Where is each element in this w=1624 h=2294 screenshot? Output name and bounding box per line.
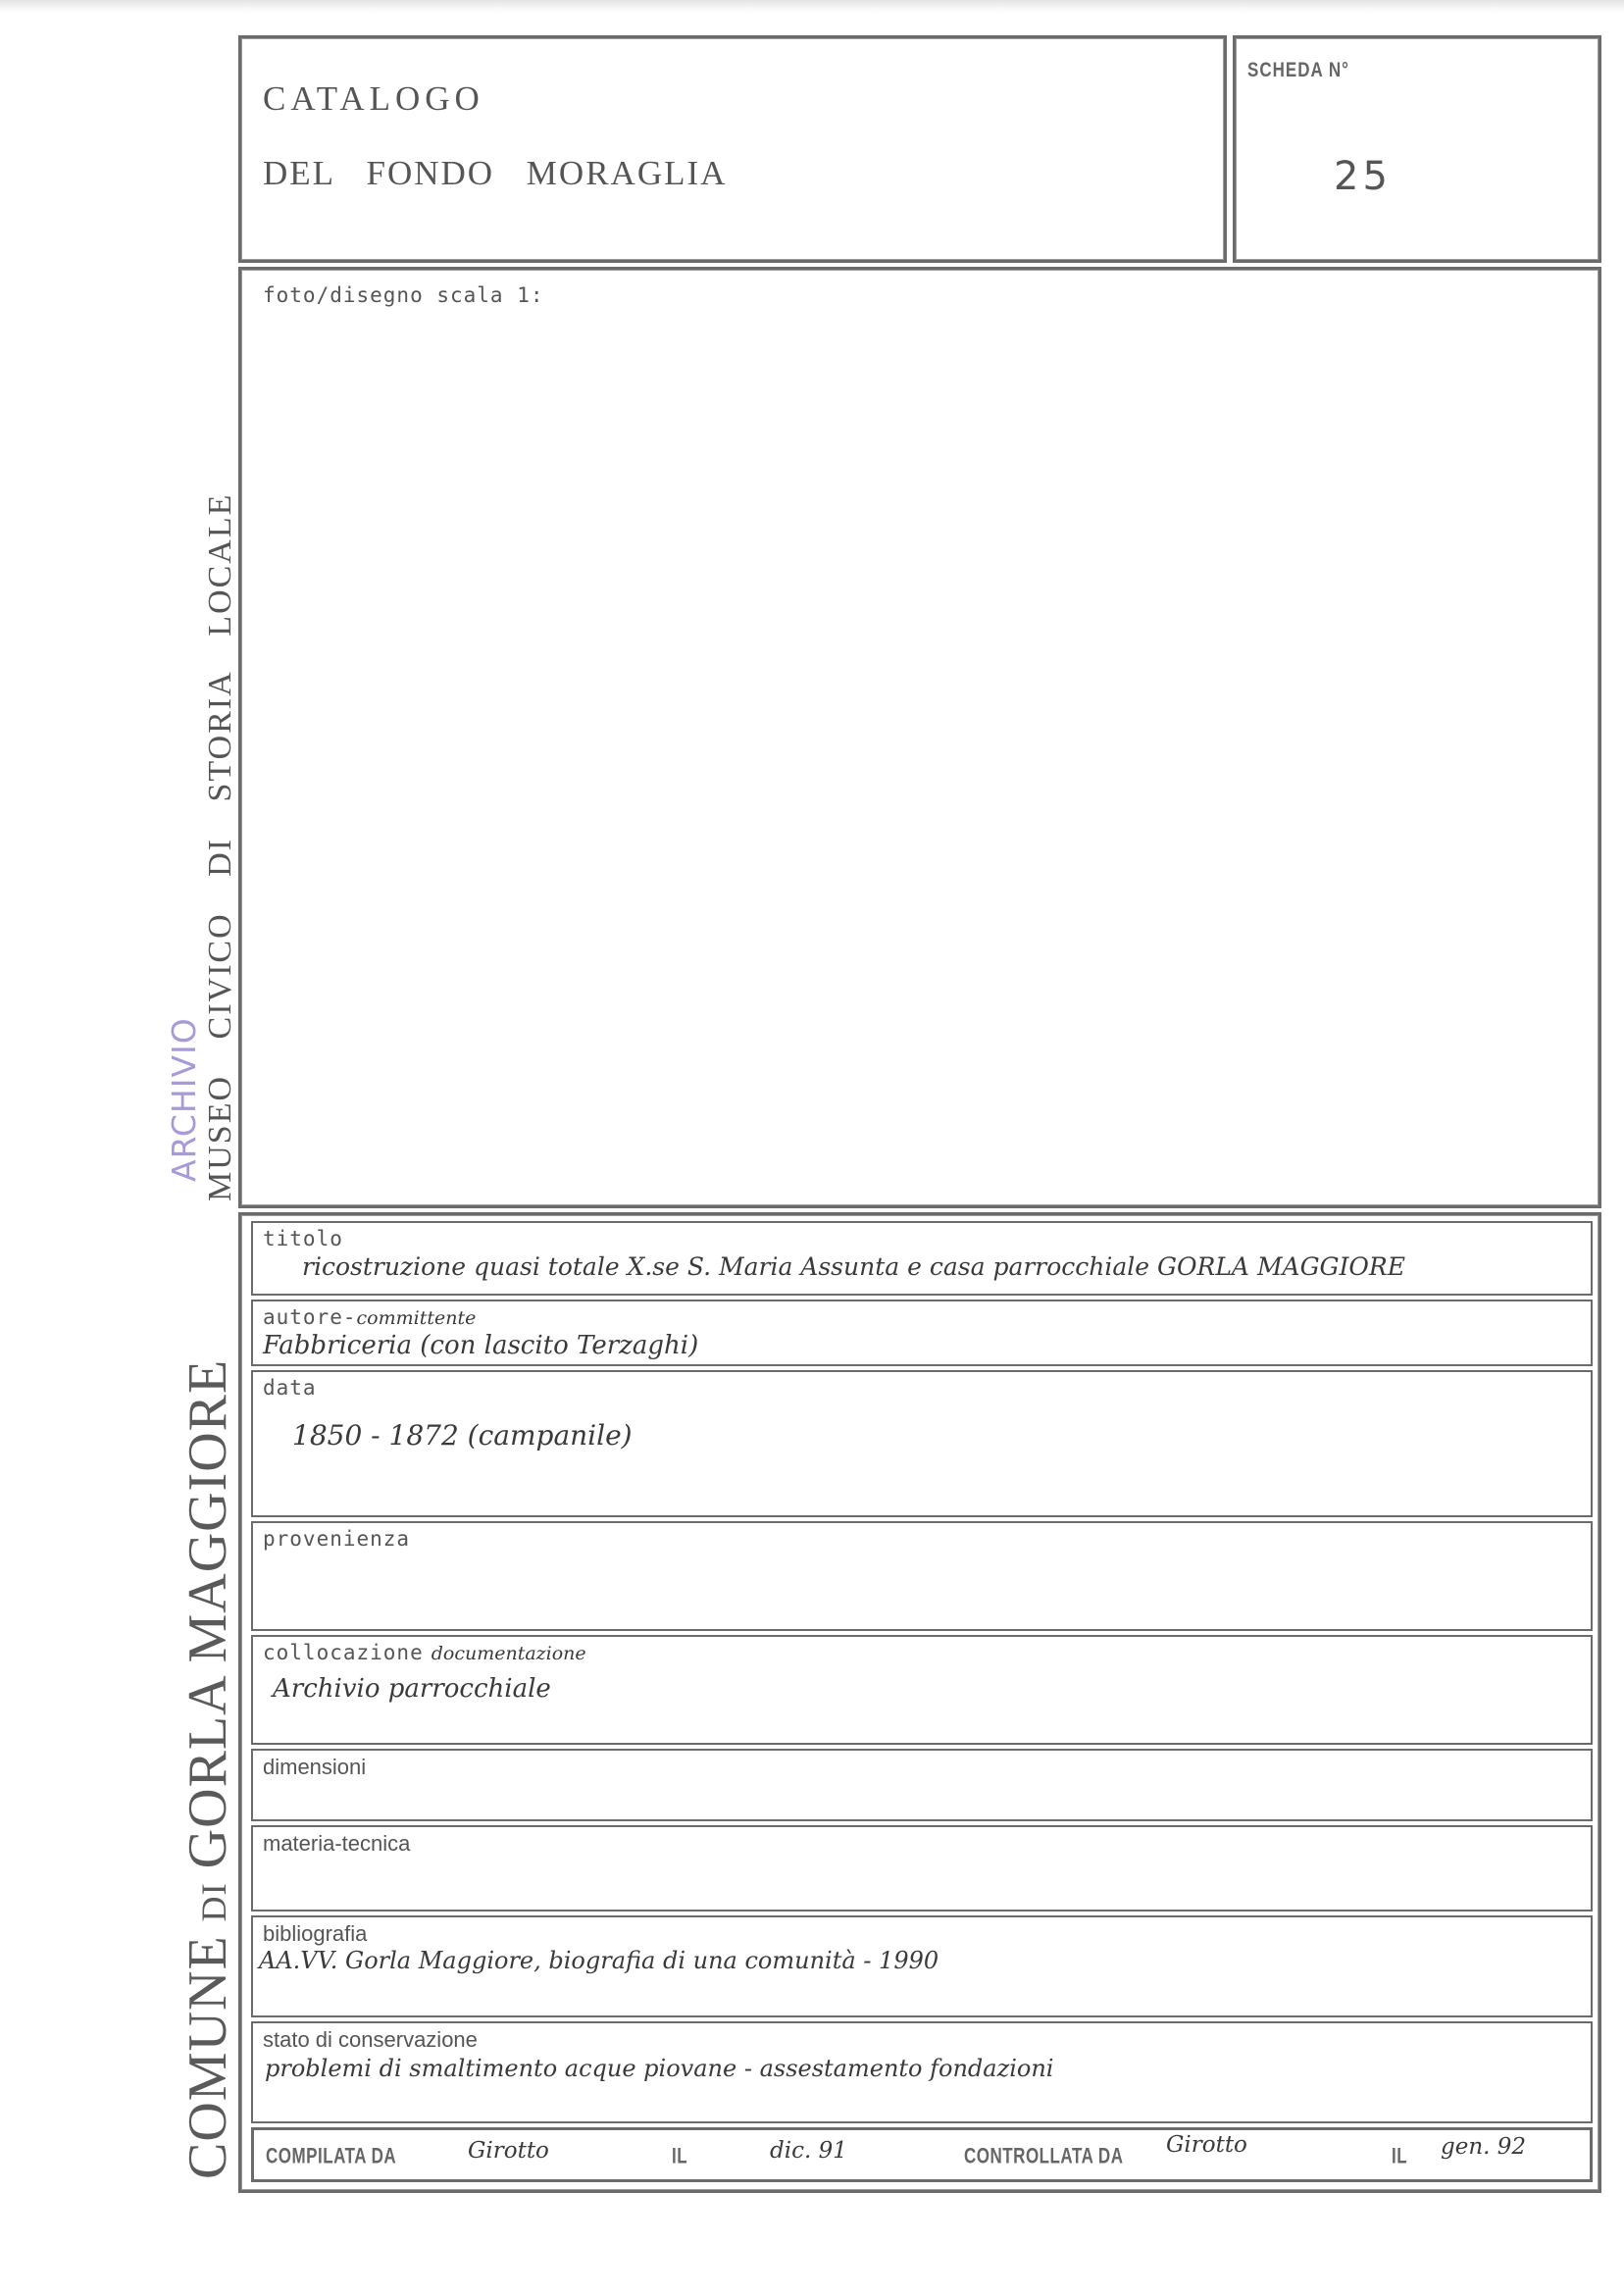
catalog-title: CATALOGO: [263, 79, 484, 119]
comune-word: COMUNE: [178, 1935, 238, 2179]
catalog-subtitle: DEL FONDO MORAGLIA: [263, 154, 727, 193]
scheda-box: SCHEDA N° 25: [1233, 35, 1601, 263]
compilata-date[interactable]: dic. 91: [770, 2138, 847, 2164]
label-text: collocazione: [263, 1641, 424, 1664]
field-label: titolo: [263, 1227, 343, 1250]
compilata-by[interactable]: Girotto: [468, 2138, 549, 2164]
compilata-date-label: IL: [672, 2144, 687, 2169]
archivio-stamp: ARCHIVIO: [165, 1017, 203, 1182]
scan-edge: [0, 0, 1624, 14]
field-label: materia-tecnica: [263, 1831, 410, 1857]
controllata-date[interactable]: gen. 92: [1441, 2134, 1526, 2160]
field-value: ricostruzione quasi totale X.se S. Maria…: [302, 1252, 1405, 1281]
label-text: autore-: [263, 1305, 357, 1329]
scheda-label: SCHEDA N°: [1247, 58, 1349, 82]
scheda-number: 25: [1334, 154, 1392, 199]
museo-label: MUSEO CIVICO DI STORIA LOCALE: [202, 493, 239, 1201]
field-value: Archivio parrocchiale: [273, 1674, 551, 1704]
field-label: bibliografia: [263, 1921, 367, 1947]
field-materia-tecnica[interactable]: materia-tecnica: [251, 1825, 1593, 1912]
field-titolo[interactable]: titolo ricostruzione quasi totale X.se S…: [251, 1221, 1593, 1296]
label-handwritten: committente: [357, 1307, 477, 1329]
controllata-by[interactable]: Girotto: [1166, 2132, 1247, 2158]
comune-name: GORLA MAGGIORE: [178, 1359, 238, 1869]
photo-label: foto/disegno scala 1:: [263, 283, 544, 307]
field-label: provenienza: [263, 1527, 410, 1551]
field-autore[interactable]: autore-committente Fabbriceria (con lasc…: [251, 1300, 1593, 1366]
field-value: AA.VV. Gorla Maggiore, biografia di una …: [259, 1947, 939, 1974]
field-label: autore-committente: [263, 1305, 476, 1329]
label-handwritten: documentazione: [431, 1643, 586, 1664]
catalog-form: titolo ricostruzione quasi totale X.se S…: [238, 1212, 1601, 2193]
field-collocazione[interactable]: collocazionedocumentazione Archivio parr…: [251, 1635, 1593, 1745]
comune-label: COMUNEDIGORLA MAGGIORE: [177, 1359, 239, 2179]
comune-di: DI: [194, 1882, 233, 1921]
signature-row: COMPILATA DA Girotto IL dic. 91 CONTROLL…: [251, 2127, 1593, 2182]
field-label: data: [263, 1376, 317, 1400]
field-value: 1850 - 1872 (campanile): [292, 1419, 633, 1452]
compilata-label: COMPILATA DA: [266, 2144, 396, 2169]
field-data[interactable]: data 1850 - 1872 (campanile): [251, 1370, 1593, 1517]
field-label: dimensioni: [263, 1755, 366, 1780]
field-provenienza[interactable]: provenienza: [251, 1521, 1593, 1631]
field-stato-conservazione[interactable]: stato di conservazione problemi di smalt…: [251, 2021, 1593, 2123]
field-label: stato di conservazione: [263, 2027, 478, 2053]
field-label: collocazionedocumentazione: [263, 1641, 586, 1664]
controllata-date-label: IL: [1392, 2144, 1407, 2169]
field-bibliografia[interactable]: bibliografia AA.VV. Gorla Maggiore, biog…: [251, 1915, 1593, 2017]
controllata-label: CONTROLLATA DA: [964, 2144, 1124, 2169]
catalog-header: CATALOGO DEL FONDO MORAGLIA: [238, 35, 1227, 263]
field-value: problemi di smaltimento acque piovane - …: [265, 2055, 1053, 2082]
field-dimensioni[interactable]: dimensioni: [251, 1749, 1593, 1821]
photo-area: foto/disegno scala 1:: [238, 267, 1601, 1208]
field-value: Fabbriceria (con lascito Terzaghi): [263, 1331, 698, 1360]
